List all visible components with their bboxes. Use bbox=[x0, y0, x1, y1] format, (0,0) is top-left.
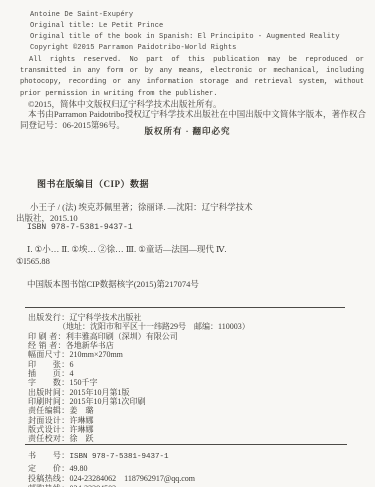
detail-value: 210mm×270mm bbox=[70, 350, 123, 359]
detail-value: 150千字 bbox=[70, 378, 98, 387]
cip-heading: 图书在版编目（CIP）数据 bbox=[37, 177, 149, 190]
spanish-title-line: Original title of the book in Spanish: E… bbox=[30, 32, 340, 43]
detail-label: 封面设计： bbox=[28, 416, 70, 425]
english-title-block: Antoine De Saint-Exupéry Original title:… bbox=[30, 10, 340, 54]
detail-label: 字 数： bbox=[28, 378, 70, 387]
divider-bottom bbox=[25, 444, 347, 445]
detail-label: 幅面尺寸： bbox=[28, 350, 70, 359]
detail-row-word-count: 字 数：150千字 bbox=[28, 378, 250, 387]
price-row: 定 价：49.80 bbox=[28, 463, 169, 474]
detail-label: 插 页： bbox=[28, 369, 70, 378]
cip-classification-line1: Ⅰ. ①小… Ⅱ. ①埃… ②徐… Ⅲ. ①童话—法国—现代 Ⅳ. bbox=[27, 243, 227, 255]
original-title-line: Original title: Le Petit Prince bbox=[30, 21, 340, 32]
detail-value: 许琳娜 bbox=[70, 416, 94, 425]
detail-label: 责任编辑： bbox=[28, 406, 70, 415]
rights-paragraph: All rights reserved. No part of this pub… bbox=[20, 55, 364, 100]
cip-classification-line2: ①I565.88 bbox=[16, 256, 50, 267]
detail-value: 6 bbox=[70, 360, 74, 369]
detail-row-editor: 责任编辑：姜 璐 bbox=[28, 406, 250, 415]
detail-value: 4 bbox=[70, 369, 74, 378]
detail-row-dimensions: 幅面尺寸：210mm×270mm bbox=[28, 350, 250, 359]
detail-label: 书 号： bbox=[28, 451, 70, 460]
copyright-line: Copyright ©2015 Parramon Paidotribo-Worl… bbox=[30, 43, 340, 54]
submission-hotline-value: 024-23284062 1187962917@qq.com bbox=[70, 474, 196, 483]
detail-value: 各地新华书店 bbox=[66, 341, 114, 350]
submission-hotline-row: 投稿热线：024-23284062 1187962917@qq.com bbox=[28, 474, 195, 484]
book-number-row: 书 号：ISBN 978-7-5381-9437-1 bbox=[28, 450, 169, 463]
detail-row-inserts: 插 页：4 bbox=[28, 369, 250, 378]
copyright-page: Antoine De Saint-Exupéry Original title:… bbox=[0, 0, 375, 487]
detail-label: 出版发行： bbox=[28, 313, 70, 322]
detail-label: 版式设计： bbox=[28, 425, 70, 434]
hotlines-block: 投稿热线：024-23284062 1187962917@qq.com 邮购热线… bbox=[28, 474, 195, 487]
price-value: 49.80 bbox=[70, 464, 88, 473]
divider-top bbox=[25, 307, 345, 308]
detail-row-sheets: 印 张：6 bbox=[28, 360, 250, 369]
detail-row-publisher: 出版发行：辽宁科学技术出版社 bbox=[28, 313, 250, 322]
all-rights-reserved-notice: 版权所有 · 翻印必究 bbox=[0, 125, 375, 137]
detail-value: 2015年10月第1版 bbox=[70, 388, 130, 397]
author-line: Antoine De Saint-Exupéry bbox=[30, 10, 340, 21]
mail-order-hotline-value: 024-23284502 bbox=[70, 484, 117, 487]
mail-order-hotline-row: 邮购热线：024-23284502 bbox=[28, 484, 195, 487]
detail-row-distributor: 经 销 者：各地新华书店 bbox=[28, 341, 250, 350]
publication-details: 出版发行：辽宁科学技术出版社 （地址：沈阳市和平区十一纬路29号 邮编：1100… bbox=[28, 313, 250, 444]
detail-row-cover-design: 封面设计：许琳娜 bbox=[28, 416, 250, 425]
cip-isbn: ISBN 978-7-5381-9437-1 bbox=[27, 223, 133, 232]
detail-value: 2015年10月第1次印刷 bbox=[70, 397, 146, 406]
detail-value: 徐 跃 bbox=[70, 434, 94, 443]
detail-label: 出版时间： bbox=[28, 388, 70, 397]
detail-label: 邮购热线： bbox=[28, 484, 70, 487]
detail-value: 姜 璐 bbox=[70, 406, 94, 415]
detail-label: 责任校对： bbox=[28, 434, 70, 443]
detail-label: 印刷时间： bbox=[28, 397, 70, 406]
detail-row-proofreader: 责任校对：徐 跃 bbox=[28, 434, 250, 443]
detail-label: 经 销 者： bbox=[28, 341, 66, 350]
detail-label: 定 价： bbox=[28, 464, 70, 473]
detail-value: 许琳娜 bbox=[70, 425, 94, 434]
detail-row-publish-date: 出版时间：2015年10月第1版 bbox=[28, 388, 250, 397]
detail-value: 辽宁科学技术出版社 bbox=[70, 313, 142, 322]
cip-registry-number: 中国版本图书馆CIP数据核字(2015)第217074号 bbox=[27, 278, 199, 290]
book-isbn-value: ISBN 978-7-5381-9437-1 bbox=[70, 453, 169, 461]
detail-row-printer: 印 刷 者：利丰雅高印刷（深圳）有限公司 bbox=[28, 332, 250, 341]
detail-value: 利丰雅高印刷（深圳）有限公司 bbox=[66, 332, 178, 341]
detail-label: 印 刷 者： bbox=[28, 332, 66, 341]
detail-label: 印 张： bbox=[28, 360, 70, 369]
publisher-address: （地址：沈阳市和平区十一纬路29号 邮编：110003） bbox=[58, 322, 250, 331]
detail-label: 投稿热线： bbox=[28, 474, 70, 483]
pricing-block: 书 号：ISBN 978-7-5381-9437-1 定 价：49.80 bbox=[28, 450, 169, 474]
chinese-copyright-line1: ©2015，简体中文版权归辽宁科学技术出版社所有。 bbox=[28, 99, 366, 109]
